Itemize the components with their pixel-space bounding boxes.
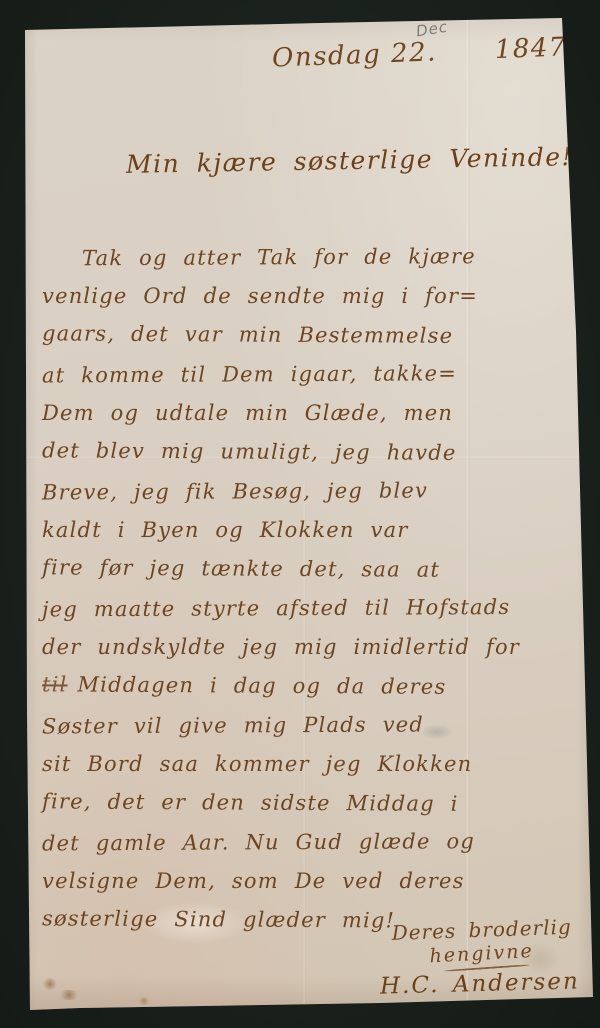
letter-line: det blev mig umuligt, jeg havde xyxy=(42,431,594,473)
letter-photograph: Dec Onsdag 22. 1847 Min kjære søsterlige… xyxy=(0,0,600,1028)
letter-line: Søster vil give mig Plads ved xyxy=(42,705,594,747)
struck-out-word: til xyxy=(42,672,68,696)
letter-line: at komme til Dem igaar, takke= xyxy=(42,354,594,396)
foxing-stain xyxy=(138,997,150,1005)
letter-line: Dem og udtale min Glæde, men xyxy=(42,394,594,433)
letter-line: velsigne Dem, som De ved deres xyxy=(42,862,594,901)
letter-line: gaars, det var min Bestemmelse xyxy=(42,314,594,356)
letter-line: sit Bord saa kommer jeg Klokken xyxy=(42,745,594,784)
letter-line: fire før jeg tænkte det, saa at xyxy=(42,548,594,590)
date-gap xyxy=(437,58,495,60)
letter-body: Tak og atter Tak for de kjære venlige Or… xyxy=(42,238,594,940)
closing-valediction: Deres broderlig xyxy=(380,915,572,946)
letter-line: Breve, jeg fik Besøg, jeg blev xyxy=(42,471,594,513)
letter-line: kaldt i Byen og Klokken var xyxy=(42,511,594,550)
foxing-stain xyxy=(42,978,58,990)
date-year: 1847 xyxy=(494,32,567,65)
letter-line: tilMiddagen i dag og da deres xyxy=(42,665,594,707)
letter-line: jeg maatte styrte afsted til Hofstads xyxy=(42,588,594,630)
letter-line: Tak og atter Tak for de kjære xyxy=(42,237,594,279)
letter-paper-sheet: Dec Onsdag 22. 1847 Min kjære søsterlige… xyxy=(20,12,600,1016)
signature: H.C. Andersen xyxy=(380,968,580,999)
letter-line: venlige Ord de sendte mig i for= xyxy=(42,277,594,316)
closing-block: Deres broderlig hengivne H.C. Andersen xyxy=(380,918,582,997)
letter-line: det gamle Aar. Nu Gud glæde og xyxy=(42,822,594,864)
letter-line: fire, det er den sidste Middag i xyxy=(42,782,594,824)
foxing-stain xyxy=(58,990,80,1000)
letter-line: der undskyldte jeg mig imidlertid for xyxy=(42,628,594,667)
date-day: Onsdag 22. xyxy=(272,37,438,73)
letter-line-text: Middagen i dag og da deres xyxy=(77,673,446,699)
